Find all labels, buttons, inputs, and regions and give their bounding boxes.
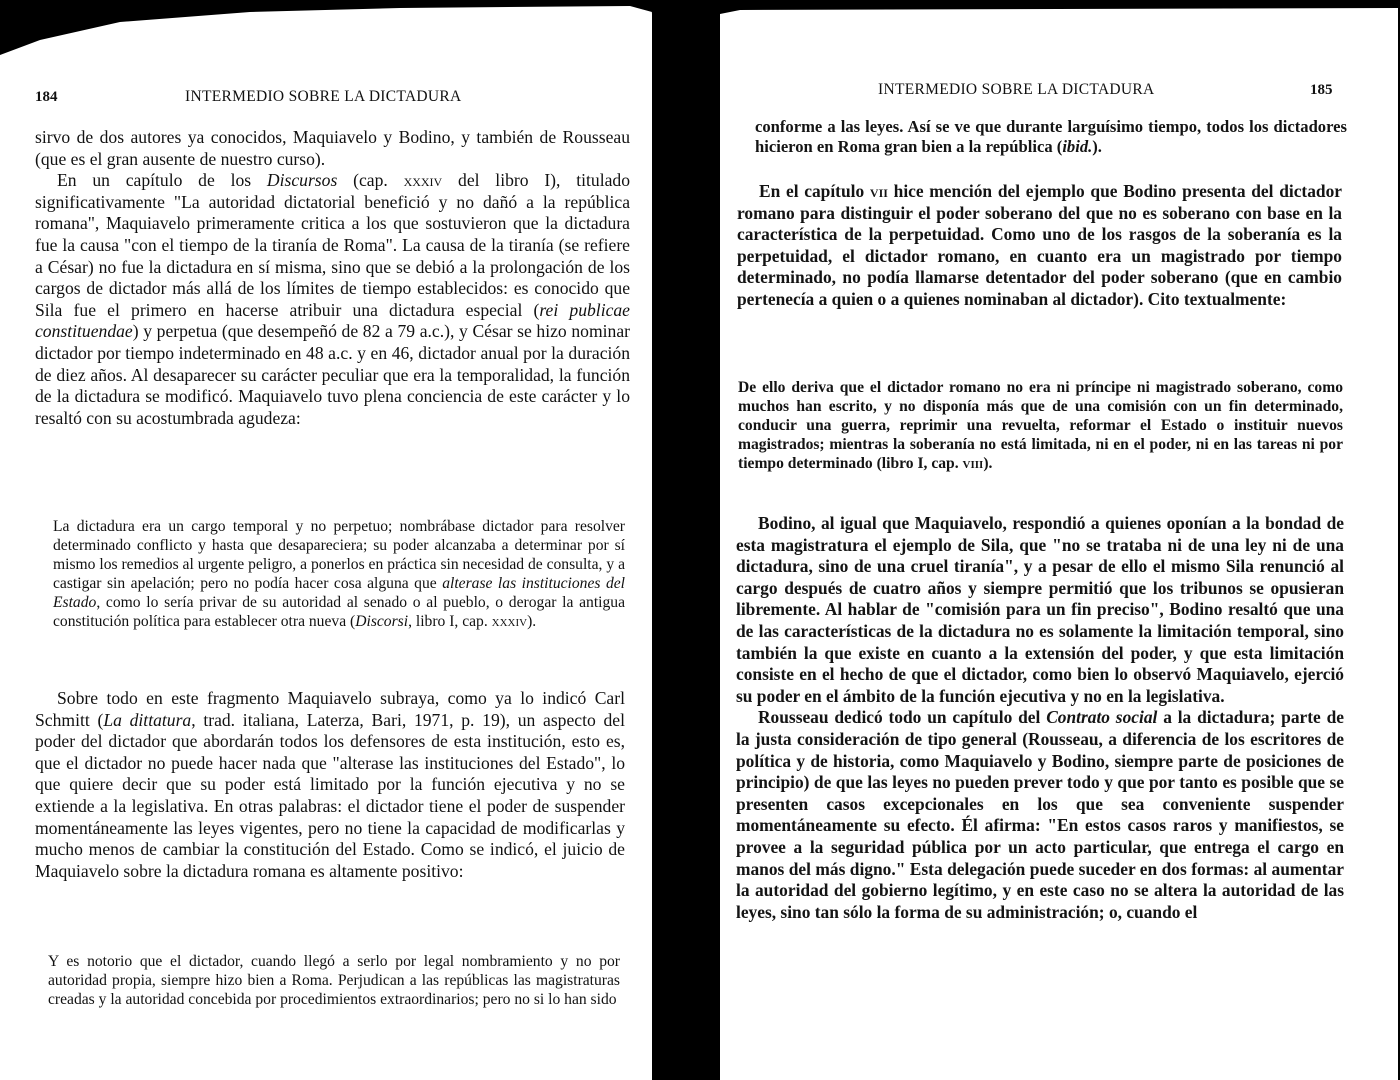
quote-text: De ello deriva que el dictador romano no… [738, 379, 1343, 474]
body-text: Bodino, al igual que Maquiavelo, respond… [736, 513, 1344, 923]
block-quote: La dictadura era un cargo temporal y no … [53, 518, 625, 631]
body-text: Sobre todo en este fragmento Maquiavelo … [35, 688, 625, 882]
paragraph: En un capítulo de los Discursos (cap. xx… [35, 170, 630, 429]
running-head: INTERMEDIO SOBRE LA DICTADURA [185, 88, 462, 106]
page-number: 184 [35, 89, 58, 106]
paragraph: Bodino, al igual que Maquiavelo, respond… [736, 513, 1344, 707]
block-quote: De ello deriva que el dictador romano no… [738, 379, 1343, 474]
block-quote: Y es notorio que el dictador, cuando lle… [48, 953, 620, 1010]
quote-text: La dictadura era un cargo temporal y no … [53, 518, 625, 631]
page-number: 185 [1310, 82, 1333, 99]
running-head: INTERMEDIO SOBRE LA DICTADURA [878, 81, 1155, 99]
left-page: 184 INTERMEDIO SOBRE LA DICTADURA sirvo … [0, 0, 652, 1080]
quote-text: conforme a las leyes. Así se ve que dura… [755, 117, 1347, 157]
paragraph: Rousseau dedicó todo un capítulo del Con… [736, 707, 1344, 923]
paragraph: sirvo de dos autores ya conocidos, Maqui… [35, 127, 630, 170]
paragraph: Sobre todo en este fragmento Maquiavelo … [35, 688, 625, 882]
quote-text: Y es notorio que el dictador, cuando lle… [48, 953, 620, 1010]
body-text: En el capítulo vii hice mención del ejem… [737, 181, 1342, 311]
paragraph: En el capítulo vii hice mención del ejem… [737, 181, 1342, 311]
body-text: sirvo de dos autores ya conocidos, Maqui… [35, 127, 630, 429]
block-quote-continuation: conforme a las leyes. Así se ve que dura… [755, 117, 1347, 157]
right-page: INTERMEDIO SOBRE LA DICTADURA 185 confor… [720, 0, 1398, 1080]
